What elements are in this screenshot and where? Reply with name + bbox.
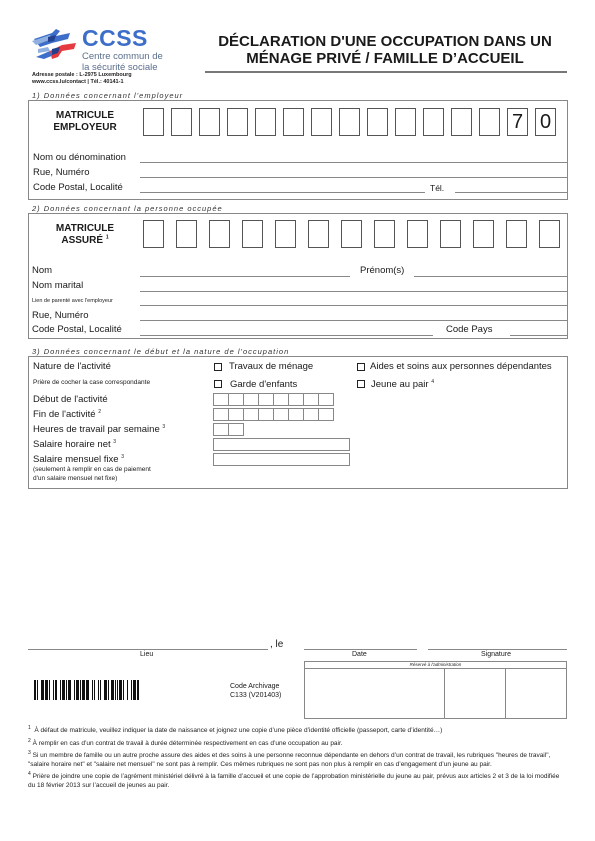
hourly-wage-text: Salaire horaire net [33, 439, 111, 450]
matricule-digit-box[interactable] [440, 220, 461, 248]
matricule-digit-box[interactable] [395, 108, 416, 136]
digit-cell[interactable] [288, 393, 304, 406]
relationship-label: Lien de parenté avec l'employeur [32, 298, 113, 304]
org-address: Adresse postale : L-2975 Luxembourg www.… [32, 72, 132, 86]
matricule-digit-box[interactable]: 7 [507, 108, 528, 136]
matricule-digit-box[interactable] [171, 108, 192, 136]
admin-divider-2 [505, 669, 506, 719]
matricule-label-line2: ASSURÉ 1 [40, 235, 130, 247]
section2-heading: 2) Données concernant la personne occupé… [32, 204, 223, 213]
option-childcare-label: Garde d'enfants [230, 379, 297, 390]
matricule-digit-box[interactable] [539, 220, 560, 248]
matricule-digit-box[interactable] [341, 220, 362, 248]
footnote-3: 3 Si un membre de famille ou un autre pr… [28, 752, 568, 769]
page-title: DÉCLARATION D'UNE OCCUPATION DANS UN MÉN… [205, 33, 565, 67]
admin-reserved-label: Réservé à l'administration [304, 661, 567, 669]
married-name-label: Nom marital [32, 280, 83, 291]
digit-cell[interactable] [318, 393, 334, 406]
digit-cell[interactable] [213, 423, 229, 436]
archive-code: Code Archivage C133 (V201403) [230, 682, 281, 700]
matricule-digit-box[interactable] [308, 220, 329, 248]
monthly-salary-text: Salaire mensuel fixe [33, 454, 119, 465]
footnote-text: Si un membre de famille ou un autre proc… [28, 752, 550, 768]
last-name-input[interactable] [140, 276, 350, 277]
matricule-label-line2: EMPLOYEUR [40, 122, 130, 134]
contact-info: www.ccss.lu/contact | Tél.: 40141-1 [32, 79, 132, 86]
matricule-digit-box[interactable] [311, 108, 332, 136]
date-input[interactable] [304, 649, 417, 650]
matricule-digit-box[interactable] [283, 108, 304, 136]
matricule-digit-box[interactable] [407, 220, 428, 248]
matricule-digit-box[interactable] [242, 220, 263, 248]
matricule-digit-box[interactable] [255, 108, 276, 136]
employer-phone-input[interactable] [455, 192, 567, 193]
footnote-ref: 4 [431, 379, 434, 385]
footnote-num: 1 [28, 725, 31, 731]
relationship-input[interactable] [140, 305, 567, 306]
footnote-2: 2 À remplir en cas d’un contrat de trava… [28, 740, 568, 749]
weekly-hours-text: Heures de travail par semaine [33, 424, 160, 435]
checkbox-dependent-care[interactable] [357, 363, 365, 371]
footnote-ref: 2 [98, 409, 101, 415]
matricule-digit-box[interactable] [451, 108, 472, 136]
matricule-digit-box[interactable] [143, 108, 164, 136]
admin-box [304, 661, 567, 719]
digit-cell[interactable] [213, 393, 229, 406]
place-label: Lieu [140, 651, 153, 658]
activity-nature-hint: Prière de cocher la case correspondante [33, 379, 150, 386]
footnote-text: À remplir en cas d’un contrat de travail… [33, 740, 343, 747]
matricule-digit-box[interactable] [374, 220, 395, 248]
employer-postal-input[interactable] [140, 192, 425, 193]
signature-input[interactable] [428, 649, 567, 650]
country-code-label: Code Pays [446, 324, 492, 335]
ccss-logo-icon [30, 27, 80, 63]
place-input[interactable] [28, 649, 268, 650]
insured-street-label: Rue, Numéro [32, 310, 89, 321]
title-line2: MÉNAGE PRIVÉ / FAMILLE D’ACCUEIL [205, 50, 565, 67]
digit-cell[interactable] [288, 408, 304, 421]
footnote-4: 4 Prière de joindre une copie de l’agrém… [28, 773, 568, 790]
checkbox-childcare[interactable] [214, 380, 222, 388]
matricule-label-line1: MATRICULE [40, 223, 130, 235]
digit-cell[interactable] [243, 408, 259, 421]
employer-street-input[interactable] [140, 177, 567, 178]
last-name-label: Nom [32, 265, 52, 276]
option-dependent-care-label: Aides et soins aux personnes dépendantes [370, 361, 552, 372]
le-text: , le [270, 639, 283, 650]
au-pair-text: Jeune au pair [371, 379, 429, 390]
digit-cell[interactable] [228, 393, 244, 406]
matricule-digit-box[interactable] [339, 108, 360, 136]
matricule-digit-box[interactable] [367, 108, 388, 136]
matricule-digit-box[interactable] [143, 220, 164, 248]
footnote-ref: 1 [106, 235, 109, 241]
footnote-ref: 3 [162, 424, 165, 430]
insured-matricule-label: MATRICULE ASSURÉ 1 [40, 223, 130, 247]
digit-cell[interactable] [303, 393, 319, 406]
postal-address: Adresse postale : L-2975 Luxembourg [32, 72, 132, 79]
activity-nature-label: Nature de l'activité [33, 361, 111, 372]
footnotes: 1 À défaut de matricule, veuillez indiqu… [28, 727, 568, 790]
digit-cell[interactable] [213, 408, 229, 421]
date-label: Date [352, 651, 367, 658]
digit-cell[interactable] [318, 408, 334, 421]
barcode-icon [34, 680, 186, 700]
footnote-num: 3 [28, 750, 31, 756]
footnote-num: 2 [28, 737, 31, 743]
note-line1: (seulement à remplir en cas de paiement [33, 466, 151, 475]
first-name-label: Prénom(s) [360, 265, 404, 276]
signature-label: Signature [481, 651, 511, 658]
digit-cell[interactable] [243, 393, 259, 406]
digit-cell[interactable] [228, 423, 244, 436]
option-au-pair-label: Jeune au pair 4 [371, 379, 434, 390]
matricule-digit-box[interactable] [506, 220, 527, 248]
employer-street-label: Rue, Numéro [33, 167, 90, 178]
married-name-input[interactable] [140, 291, 567, 292]
digit-cell[interactable] [303, 408, 319, 421]
digit-cell[interactable] [258, 393, 274, 406]
employer-name-input[interactable] [140, 162, 567, 163]
start-date-label: Début de l'activité [33, 394, 108, 405]
digit-cell[interactable] [273, 393, 289, 406]
footnote-ref: 3 [121, 454, 124, 460]
monthly-salary-note: (seulement à remplir en cas de paiement … [33, 466, 151, 483]
footnote-num: 4 [28, 771, 31, 777]
matricule-digit-box[interactable] [227, 108, 248, 136]
note-line2: d'un salaire mensuel net fixe) [33, 475, 151, 484]
hourly-wage-label: Salaire horaire net 3 [33, 439, 116, 450]
org-subtitle-line1: Centre commun de [82, 51, 163, 62]
section1-heading: 1) Données concernant l'employeur [32, 91, 183, 100]
footnote-ref: 3 [113, 439, 116, 445]
employer-matricule-label: MATRICULE EMPLOYEUR [40, 110, 130, 134]
matricule-digit-box[interactable] [176, 220, 197, 248]
footnote-1: 1 À défaut de matricule, veuillez indiqu… [28, 727, 568, 736]
checkbox-au-pair[interactable] [357, 380, 365, 388]
employer-phone-label: Tél. [430, 183, 444, 193]
weekly-hours-label: Heures de travail par semaine 3 [33, 424, 165, 435]
country-code-input[interactable] [510, 335, 567, 336]
archive-code-label: Code Archivage [230, 682, 281, 691]
checkbox-housework[interactable] [214, 363, 222, 371]
digit-cell[interactable] [258, 408, 274, 421]
employer-postal-label: Code Postal, Localité [33, 182, 123, 193]
matricule-digit-box[interactable] [423, 108, 444, 136]
archive-code-value: C133 (V201403) [230, 691, 281, 700]
footnote-text: Prière de joindre une copie de l’agrémen… [28, 773, 559, 789]
matricule-digit-box[interactable] [275, 220, 296, 248]
hourly-wage-input[interactable] [213, 438, 350, 451]
matricule-digit-box[interactable] [473, 220, 494, 248]
employer-name-label: Nom ou dénomination [33, 152, 126, 163]
insured-street-input[interactable] [140, 320, 567, 321]
admin-divider-1 [444, 669, 445, 719]
assure-text: ASSURÉ [61, 235, 103, 246]
digit-cell[interactable] [228, 408, 244, 421]
org-subtitle: Centre commun de la sécurité sociale [82, 51, 163, 73]
insured-postal-label: Code Postal, Localité [32, 324, 122, 335]
first-name-input[interactable] [414, 276, 567, 277]
matricule-digit-box[interactable]: 0 [535, 108, 556, 136]
title-line1: DÉCLARATION D'UNE OCCUPATION DANS UN [205, 33, 565, 50]
monthly-salary-label: Salaire mensuel fixe 3 [33, 454, 124, 465]
footnote-text: À défaut de matricule, veuillez indiquer… [34, 727, 442, 734]
matricule-digit-box[interactable] [209, 220, 230, 248]
option-housework-label: Travaux de ménage [229, 361, 313, 372]
matricule-label-line1: MATRICULE [40, 110, 130, 122]
digit-cell[interactable] [273, 408, 289, 421]
end-date-label: Fin de l'activité 2 [33, 409, 101, 420]
section3-heading: 3) Données concernant le début et la nat… [32, 347, 289, 356]
end-date-text: Fin de l'activité [33, 409, 96, 420]
title-divider [205, 71, 567, 73]
org-name: CCSS [82, 25, 148, 52]
insured-postal-input[interactable] [140, 335, 433, 336]
matricule-digit-box[interactable] [199, 108, 220, 136]
monthly-salary-input[interactable] [213, 453, 350, 466]
matricule-digit-box[interactable] [479, 108, 500, 136]
